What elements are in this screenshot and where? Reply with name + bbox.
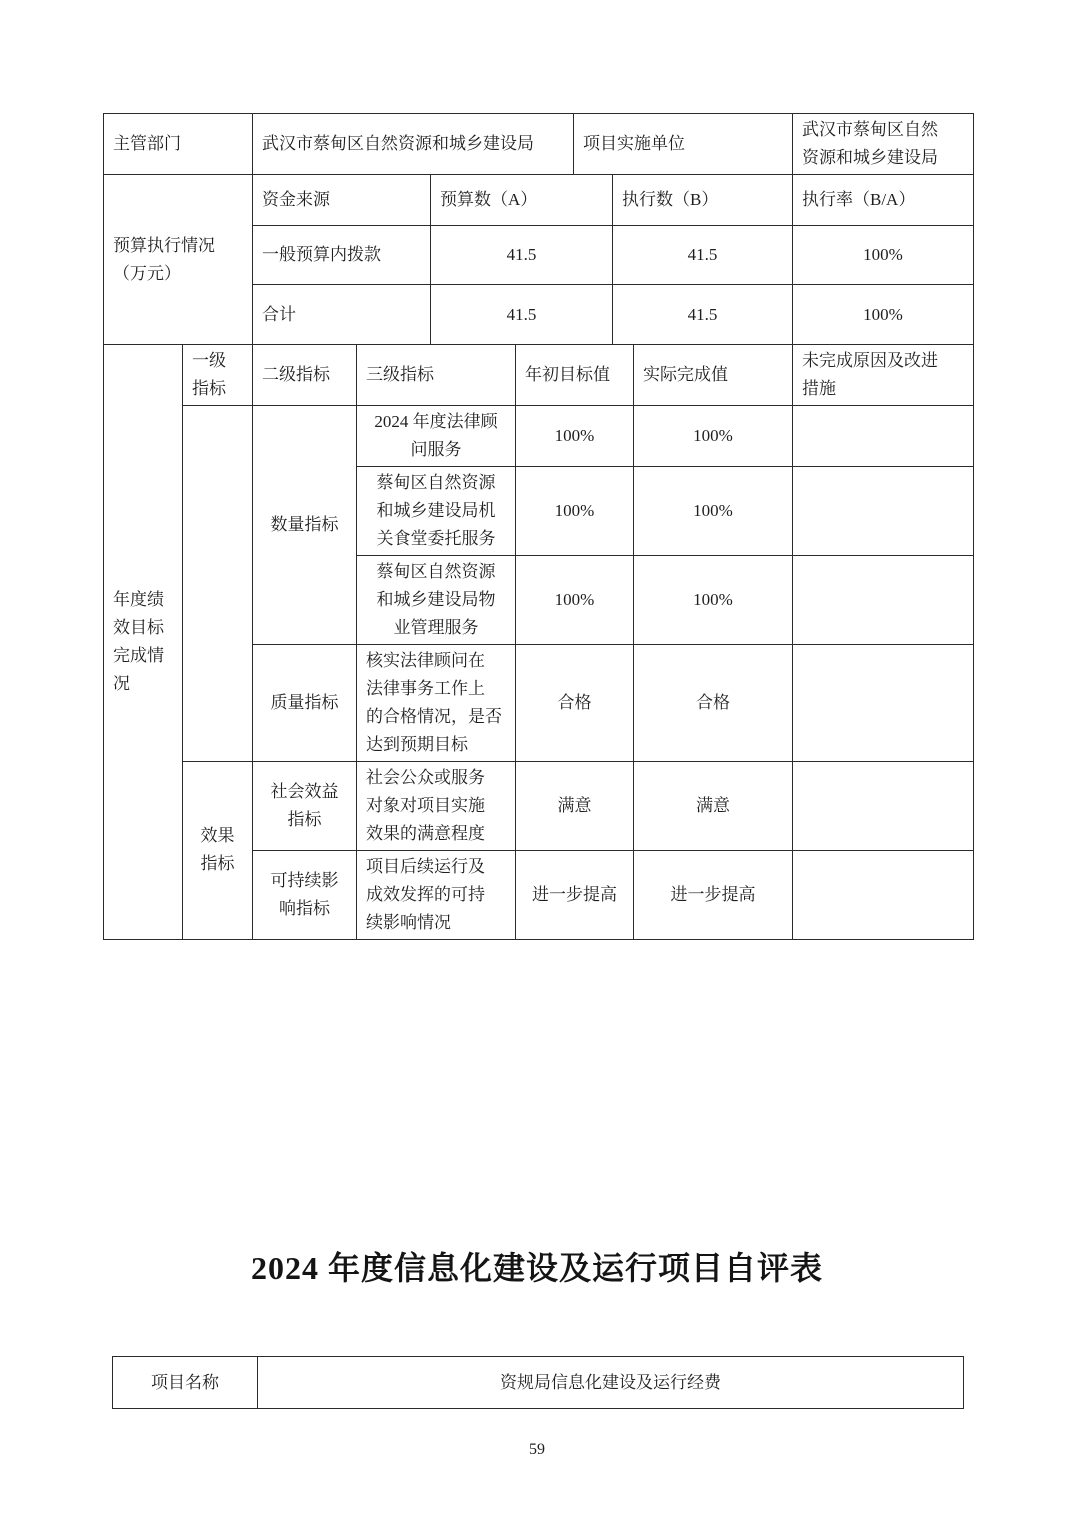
table-row: 主管部门 武汉市蔡甸区自然资源和城乡建设局 项目实施单位 武汉市蔡甸区自然 资源… bbox=[104, 114, 974, 175]
perf-col-target-cell: 年初目标值 bbox=[516, 344, 634, 405]
budget-row1-source-cell: 一般预算内拨款 bbox=[253, 226, 431, 285]
performance-section-label-cell: 年度绩 效目标 完成情 况 bbox=[104, 344, 183, 939]
perf-row2-reason-cell bbox=[793, 466, 974, 555]
perf-col-reason-cell: 未完成原因及改进 措施 bbox=[793, 344, 974, 405]
perf-row4-l3-cell: 核实法律顾问在 法律事务工作上 的合格情况，是否 达到预期目标 bbox=[357, 644, 516, 761]
perf-l1-output-cell bbox=[183, 405, 253, 761]
perf-row5-l3-cell: 社会公众或服务 对象对项目实施 效果的满意程度 bbox=[357, 761, 516, 850]
budget-col-budget-cell: 预算数（A） bbox=[431, 175, 613, 226]
perf-row6-reason-cell bbox=[793, 850, 974, 939]
section-title: 2024 年度信息化建设及运行项目自评表 bbox=[0, 1243, 1074, 1289]
implementer-label-cell: 项目实施单位 bbox=[574, 114, 793, 175]
perf-row2-target-cell: 100% bbox=[516, 466, 634, 555]
perf-row6-l3-cell: 项目后续运行及 成效发挥的可持 续影响情况 bbox=[357, 850, 516, 939]
perf-row6-actual-cell: 进一步提高 bbox=[634, 850, 793, 939]
budget-row2-rate-cell: 100% bbox=[793, 285, 974, 345]
budget-row1-budget-cell: 41.5 bbox=[431, 226, 613, 285]
perf-row2-actual-cell: 100% bbox=[634, 466, 793, 555]
supervisor-label-cell: 主管部门 bbox=[104, 114, 253, 175]
perf-row4-reason-cell bbox=[793, 644, 974, 761]
budget-section-label-cell: 预算执行情况 （万元） bbox=[104, 175, 253, 345]
perf-row1-reason-cell bbox=[793, 405, 974, 466]
project-name-label-cell: 项目名称 bbox=[113, 1357, 258, 1409]
budget-col-executed-cell: 执行数（B） bbox=[613, 175, 793, 226]
table-row: 数量指标 2024 年度法律顾 问服务 100% 100% bbox=[104, 405, 974, 466]
perf-row3-reason-cell bbox=[793, 555, 974, 644]
page-number: 59 bbox=[0, 1441, 1074, 1459]
perf-l2-quality-cell: 质量指标 bbox=[253, 644, 357, 761]
budget-row2-budget-cell: 41.5 bbox=[431, 285, 613, 345]
performance-indicator-table: 年度绩 效目标 完成情 况 一级 指标 二级指标 三级指标 年初目标值 实际完成… bbox=[103, 344, 974, 940]
evaluation-table-group: 主管部门 武汉市蔡甸区自然资源和城乡建设局 项目实施单位 武汉市蔡甸区自然 资源… bbox=[103, 113, 974, 940]
perf-row5-actual-cell: 满意 bbox=[634, 761, 793, 850]
perf-row5-target-cell: 满意 bbox=[516, 761, 634, 850]
document-page: 主管部门 武汉市蔡甸区自然资源和城乡建设局 项目实施单位 武汉市蔡甸区自然 资源… bbox=[0, 0, 1074, 1520]
budget-col-rate-cell: 执行率（B/A） bbox=[793, 175, 974, 226]
table-row: 项目名称 资规局信息化建设及运行经费 bbox=[113, 1357, 964, 1409]
perf-row4-actual-cell: 合格 bbox=[634, 644, 793, 761]
perf-col-l3-cell: 三级指标 bbox=[357, 344, 516, 405]
supervisor-value-cell: 武汉市蔡甸区自然资源和城乡建设局 bbox=[253, 114, 574, 175]
implementer-value-cell: 武汉市蔡甸区自然 资源和城乡建设局 bbox=[793, 114, 974, 175]
perf-l2-quantity-cell: 数量指标 bbox=[253, 405, 357, 644]
perf-row4-target-cell: 合格 bbox=[516, 644, 634, 761]
perf-l2-social-cell: 社会效益 指标 bbox=[253, 761, 357, 850]
table-row: 效果 指标 社会效益 指标 社会公众或服务 对象对项目实施 效果的满意程度 满意… bbox=[104, 761, 974, 850]
perf-row6-target-cell: 进一步提高 bbox=[516, 850, 634, 939]
perf-col-l2-cell: 二级指标 bbox=[253, 344, 357, 405]
perf-row1-actual-cell: 100% bbox=[634, 405, 793, 466]
table-row: 预算执行情况 （万元） 资金来源 预算数（A） 执行数（B） 执行率（B/A） bbox=[104, 175, 974, 226]
budget-row2-executed-cell: 41.5 bbox=[613, 285, 793, 345]
budget-row1-rate-cell: 100% bbox=[793, 226, 974, 285]
perf-l2-sustain-cell: 可持续影 响指标 bbox=[253, 850, 357, 939]
perf-l1-effect-cell: 效果 指标 bbox=[183, 761, 253, 939]
perf-col-actual-cell: 实际完成值 bbox=[634, 344, 793, 405]
project-name-value-cell: 资规局信息化建设及运行经费 bbox=[258, 1357, 964, 1409]
perf-row3-l3-cell: 蔡甸区自然资源 和城乡建设局物 业管理服务 bbox=[357, 555, 516, 644]
perf-row3-actual-cell: 100% bbox=[634, 555, 793, 644]
perf-row1-l3-cell: 2024 年度法律顾 问服务 bbox=[357, 405, 516, 466]
perf-row5-reason-cell bbox=[793, 761, 974, 850]
project-name-table: 项目名称 资规局信息化建设及运行经费 bbox=[112, 1356, 964, 1409]
budget-row2-source-cell: 合计 bbox=[253, 285, 431, 345]
perf-row2-l3-cell: 蔡甸区自然资源 和城乡建设局机 关食堂委托服务 bbox=[357, 466, 516, 555]
budget-execution-table: 主管部门 武汉市蔡甸区自然资源和城乡建设局 项目实施单位 武汉市蔡甸区自然 资源… bbox=[103, 113, 974, 345]
budget-col-source-cell: 资金来源 bbox=[253, 175, 431, 226]
perf-row1-target-cell: 100% bbox=[516, 405, 634, 466]
perf-row3-target-cell: 100% bbox=[516, 555, 634, 644]
table-row: 年度绩 效目标 完成情 况 一级 指标 二级指标 三级指标 年初目标值 实际完成… bbox=[104, 344, 974, 405]
budget-row1-executed-cell: 41.5 bbox=[613, 226, 793, 285]
perf-col-l1-cell: 一级 指标 bbox=[183, 344, 253, 405]
